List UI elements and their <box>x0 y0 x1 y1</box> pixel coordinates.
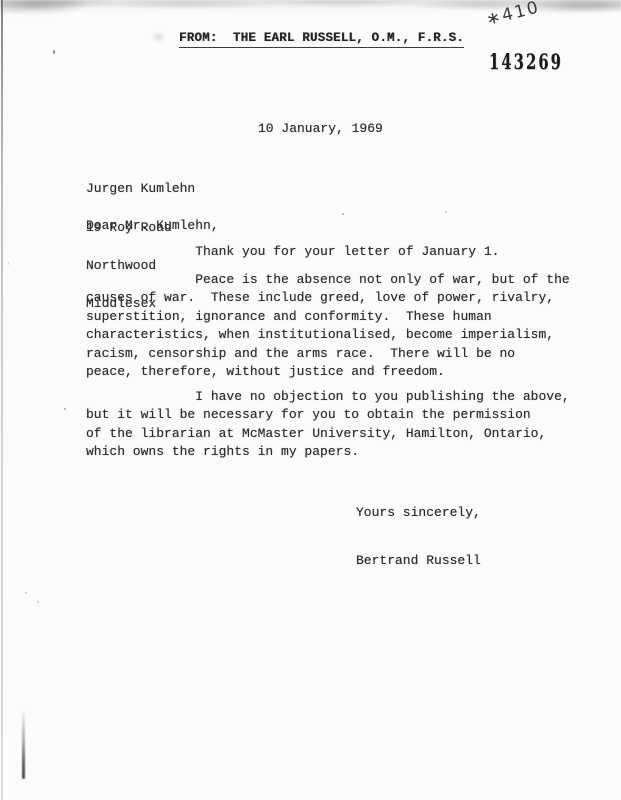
salutation: Dear Mr. Kumlehn, <box>86 218 219 233</box>
recipient-name: Jurgen Kumlehn <box>86 183 195 196</box>
letterhead: FROM: THE EARL RUSSELL, O.M., F.R.S. <box>179 31 464 48</box>
scan-speck <box>37 601 39 603</box>
closing-valediction: Yours sincerely, <box>356 505 481 520</box>
scan-speck <box>8 262 9 265</box>
scan-speck <box>342 213 344 215</box>
scan-artifact-left-edge-line <box>1 0 3 800</box>
scan-artifact-bottom-streak <box>22 709 25 779</box>
body-paragraph-3: I have no objection to you publishing th… <box>86 388 570 462</box>
letter-date: 10 January, 1969 <box>258 121 383 136</box>
scan-speck <box>445 211 447 213</box>
archive-stamp-number: 143269 <box>489 49 563 74</box>
scan-artifact-header-smudge <box>148 28 174 48</box>
scanned-letter-page: FROM: THE EARL RUSSELL, O.M., F.R.S. ∗41… <box>0 0 621 800</box>
scan-speck <box>53 50 55 54</box>
scan-speck <box>64 408 66 410</box>
scan-speck <box>25 592 27 594</box>
signature-name: Bertrand Russell <box>356 553 481 568</box>
scan-artifact-top-left-smudge <box>0 0 120 26</box>
handwritten-annotation: ∗410 <box>484 0 542 30</box>
body-paragraph-1: Thank you for your letter of January 1. <box>86 243 499 261</box>
body-paragraph-2: Peace is the absence not only of war, bu… <box>86 271 570 381</box>
